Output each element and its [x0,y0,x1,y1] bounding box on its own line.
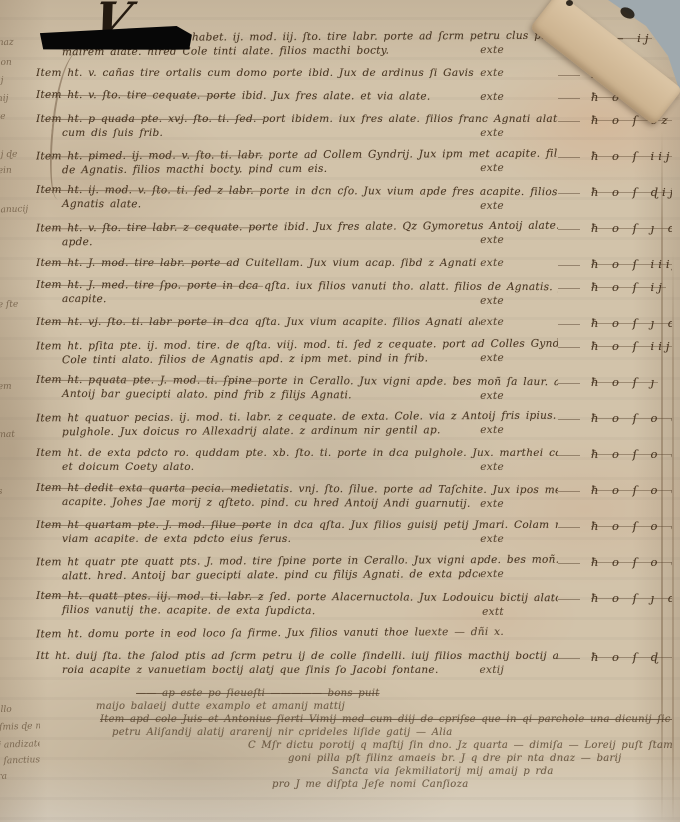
extimatio-marker: exte [480,43,504,57]
entry-line2: Cole tinti alato. filios de Agnatis apd.… [36,351,480,367]
extimatio-marker: exte [480,389,504,403]
addendum-line: C Mſr dictu porotij q maſtij ſin dno. Jz… [36,739,672,752]
entry-line1: Item ht. domu porte in eod loco ſa firme… [36,625,425,641]
entry-row: Item ht. pimed. ij. mod. v. ſto. ti. lab… [36,148,672,176]
entry-amount: ħ o ſ ȷ ɖ ɖȷ [558,220,672,235]
entry-row: Item ht. v. cañas tire ortalis cum domo … [36,66,672,81]
entry-text: Item ht. pimed. ij. mod. v. ſto. ti. lab… [36,147,558,178]
margin-note: ste [0,112,6,122]
extimatio-marker: exte [480,532,504,546]
margin-note: chij [0,94,9,105]
entry-amount: ħ o ſ o ɖ ȷ [558,554,672,569]
margin-note: dnaz [0,38,14,49]
entry-amount: ħ o ſ ȷ ɖ iij [558,315,672,330]
extimatio-marker: exte [480,567,504,581]
margin-note: ora [0,772,7,783]
entry-line1: Item ht. p quada pte. xvj. ſto. ti. ſed.… [36,112,558,126]
entry-row: Item ht quartam pte. J. mod. ſilue porte… [36,518,672,546]
entry-row: Item ht. vj. ſto. ti. labr porte in dca … [36,315,672,330]
entry-row: Item ht. pquata pte. J. mod. ti. ſpine p… [36,374,672,402]
margin-note: ſa ſanctius [0,755,40,767]
entry-amount: ħ o ſ o ɖ ɖm [558,518,672,533]
entry-line1: Item ht. de exta pdcto ro. quddam pte. x… [36,446,558,460]
entry-line1: Item ht. J. mod. tire labr. porte ad Cui… [36,256,480,270]
entry-text: Item ht quatr pte quatt pts. J. mod. tir… [36,553,558,584]
addendum-line: goni pilla pſt filinz amaeis br. J q dre… [36,752,672,765]
extimatio-marker: extij [480,663,504,677]
entry-line2: acapite. [36,292,480,308]
ink-blot [566,0,573,6]
addendum-line: —— ap este po ſieueſti ————— bons puit [36,687,672,700]
extimatio-marker: exte [480,315,504,329]
margin-note: ds [0,487,3,497]
entry-line1: Item ht. v. ſto. tire cequate. porte ibi… [36,88,480,104]
entry-line2: filios vanutij the. acapite. de exta ſup… [36,603,482,619]
entry-line1: Itt ht. duij ſta. the ſalod ptis ad ſcrm… [36,649,558,663]
extimatio-marker: exte [480,233,504,247]
addendum-line: Item apd cole Juis et Antonius ſierti Vi… [36,713,672,726]
entry-line2: Agnatis alate. [36,197,480,213]
entry-amount: ħ o ſ ɖij ɖ ɖij [558,184,672,199]
addendum-line: Sancta via ſekmiliatorij mij amaij p rda [36,765,672,778]
margin-note: mon [0,58,12,69]
left-margin-scribbles: dnazmongijchijstegij ɖepeinmanucijƀe ſte… [0,0,40,822]
entry-text: Item ht. ij. mod. v. ſto. ti. ſed z labr… [36,183,558,213]
manuscript-photo: V dnazmongijchijstegij ɖepeinmanucijƀe ſ… [0,0,680,822]
entry-amount: ħ o ſ ȷ [558,374,672,389]
entry-line2: viam acapite. de exta pdcto eius ferus. [36,532,480,546]
entry-row: Item ht quatuor pecias. ij. mod. ti. lab… [36,410,672,438]
entry-text: Itt ht. duij ſta. the ſalod ptis ad ſcrm… [36,649,558,677]
entry-line2: apde. [36,233,480,249]
entries: habet. ij. mod. iij. ſto. tire labr. por… [36,30,672,677]
entry-amount: ħ o ſ ɖ ɖij [558,649,672,664]
addendum-line: petru Aliſandij alatij ararenij nir cpri… [36,726,672,739]
entry-text: Item ht. domu porte in eod loco ſa firme… [36,625,558,642]
entry-amount: ħ o ſ ȷ ɖ iij [558,590,672,605]
entry-row: Item ht quatr pte quatt pts. J. mod. tir… [36,554,672,582]
margin-note: mllo [0,705,12,716]
entry-amount: ħ o ſ o ɖ iij [558,482,672,497]
entry-amount: ħ o ſ o ɖ ɖm [558,410,672,425]
entry-row: Item ht. v. ſto. tire labr. z cequate. p… [36,220,672,248]
entry-text: Item ht quatuor pecias. ij. mod. ti. lab… [36,409,558,440]
extimatio-marker: exte [480,161,504,175]
margin-note: manucij [0,204,28,215]
margin-note: ſij andizate [0,739,40,751]
entry-line2: cum dis ſuis frib. [36,126,480,140]
extimatio-marker: exte — dñi x. [425,625,504,639]
page-edge-line [672,250,674,822]
extimatio-marker: exte [480,460,504,474]
entry-text: Item ht. pſita pte. ij. mod. tire. de qſ… [36,337,558,368]
margin-note: gij ɖe [0,150,18,161]
entry-text: Item ht. v. cañas tire ortalis cum domo … [36,66,558,80]
entry-amount: ħ o ſ ij [558,279,672,294]
margin-note: ðmat [0,430,15,441]
entry-line2: et doicum Coety alato. [36,460,480,474]
margin-note: r ſmis ɖe mo [0,721,40,733]
entry-line2: roia acapite z vanuetiam boctij alatj qu… [36,663,480,677]
entry-row: Item ht. J. med. tire ſpo. porte in dca … [36,279,672,307]
extimatio-marker: exte [480,351,504,365]
margin-note: pein [0,166,12,177]
addendum-line: maijo balaeij dutte examplo et amanij ma… [36,700,672,713]
margin-note: gij [0,76,4,86]
entry-text: Item ht. pquata pte. J. mod. ti. ſpine p… [36,373,558,403]
entry-line1: Item ht quartam pte. J. mod. ſilue porte… [36,518,558,532]
entry-row: Item ht. p quada pte. xvj. ſto. ti. ſed.… [36,112,672,140]
entry-line2: de Agnatis. filios macthi bocty. pind cu… [36,161,480,177]
addendum-block: —— ap este po ſieueſti ————— bons puitma… [36,687,672,791]
entry-line1: Item ht. v. cañas tire ortalis cum domo … [36,66,480,80]
entry-row: Itt ht. duij ſta. the ſalod ptis ad ſcrm… [36,649,672,677]
entry-amount: ħ o ſ o ɖ ɖm [558,446,672,461]
entry-text: Item ht. vj. ſto. ti. labr porte in dca … [36,315,558,329]
entry-row: Item ht. ij. mod. v. ſto. ti. ſed z labr… [36,184,672,212]
extimatio-marker: exte [480,423,504,437]
extimatio-marker: exte [480,126,504,140]
entry-line2: acapite. Johes Jae morij z qſteto. pind.… [36,495,480,511]
entry-text: Item ht. v. ſto. tire labr. z cequate. p… [36,219,558,250]
entry-line2: alatt. hred. Antoij bar guecipti alate. … [36,567,480,583]
extimatio-marker: exte [480,66,504,80]
entry-amount: ħ o ſ iij [558,338,672,353]
entry-row: Item ht. de exta pdcto ro. quddam pte. x… [36,446,672,474]
entry-row: Item ht. v. ſto. tire cequate. porte ibi… [36,89,672,104]
entry-text: Item ht. J. med. tire ſpo. porte in dca … [36,278,558,308]
entry-text: Item ht. p quada pte. xvj. ſto. ti. ſed.… [36,112,558,140]
entry-text: Item ht. de exta pdcto ro. quddam pte. x… [36,446,558,474]
entry-line2: pulghole. Jux doicus ro Allexadrij alate… [36,423,480,439]
entry-amount: ħ o ſ iiij [558,256,672,271]
extimatio-marker: extt [482,605,504,619]
addendum-line: pro J me diſpta Jeſe nomi Canſioza [36,778,672,791]
margin-note: ƀe ſte [0,300,18,311]
entry-row: Item ht. domu porte in eod loco ſa firme… [36,626,672,641]
entry-text: Item ht. quatt ptes. iij. mod. ti. labr.… [36,589,558,619]
extimatio-marker: exte [480,294,504,308]
entry-row: Item ht dedit exta quarta pecia. medieta… [36,482,672,510]
entry-text: Item ht quartam pte. J. mod. ſilue porte… [36,518,558,546]
entry-row: Item ht. quatt ptes. iij. mod. ti. labr.… [36,590,672,618]
entry-amount: ħ o ſ iij ɖ ƀon [558,148,672,163]
entry-text: Item ht. v. ſto. tire cequate. porte ibi… [36,88,558,104]
extimatio-marker: exte [480,256,504,270]
entry-text: Item ht. J. mod. tire labr. porte ad Cui… [36,256,558,270]
manuscript-text-block: habet. ij. mod. iij. ſto. tire labr. por… [36,30,672,791]
extimatio-marker: exte [480,199,504,213]
entry-line2: Antoij bar guecipti alato. pind frib z f… [36,387,480,403]
entry-row: Item ht. J. mod. tire labr. porte ad Cui… [36,256,672,271]
extimatio-marker: exte [480,497,504,511]
entry-text: Item ht dedit exta quarta pecia. medieta… [36,481,558,511]
margin-note: bem [0,382,12,393]
entry-line1: Item ht. vj. ſto. ti. labr porte in dca … [36,315,480,329]
extimatio-marker: exte [480,90,504,104]
entry-row: Item ht. pſita pte. ij. mod. tire. de qſ… [36,338,672,366]
